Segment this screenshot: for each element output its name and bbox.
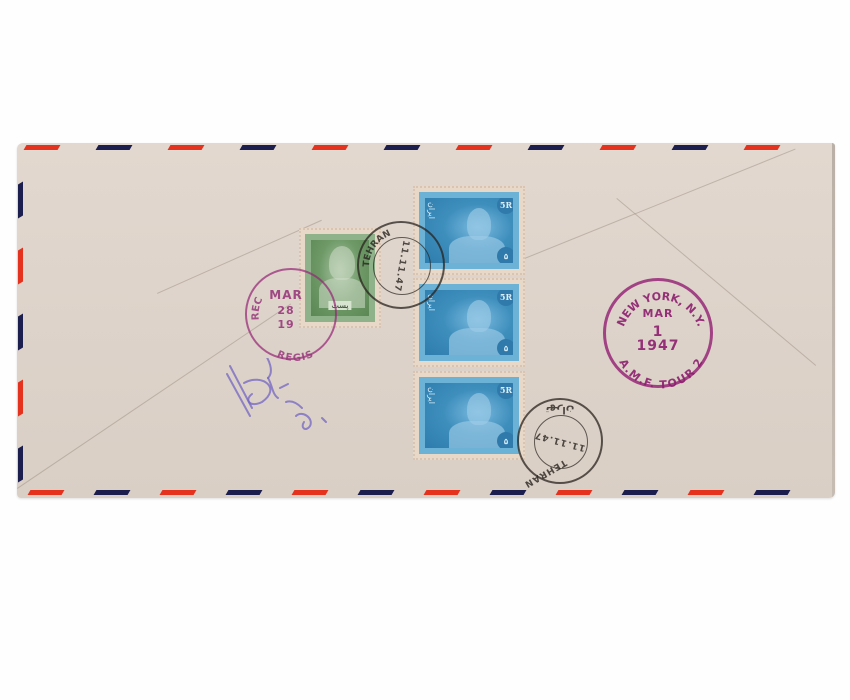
tehran-postmark-bottom: تهران 11.11.47 TEHRAN <box>517 398 603 484</box>
airmail-stripe <box>622 490 659 495</box>
postmark-persian-city: تهران <box>519 404 601 415</box>
airmail-stripe <box>240 145 277 150</box>
airmail-stripe <box>358 490 395 495</box>
registered-postmark: REC REGIS MAR 28 19 <box>245 268 337 360</box>
handwritten-annotation <box>222 358 352 453</box>
stamp-portrait-shoulders <box>449 421 505 451</box>
airmail-stripe <box>312 145 349 150</box>
airmail-stripe <box>96 145 133 150</box>
airmail-stripe <box>18 314 23 351</box>
airmail-stripe <box>556 490 593 495</box>
stamp-portrait-shoulders <box>449 236 505 266</box>
airmail-stripe <box>688 490 725 495</box>
svg-text:TEHRAN: TEHRAN <box>362 229 393 268</box>
stamp-country-label: ایران <box>427 202 436 219</box>
airmail-stripe <box>292 490 329 495</box>
blue-stamp-bottom: 5R ۵ ایران <box>413 371 525 460</box>
flap-fold-line-right <box>517 149 796 262</box>
airmail-stripe <box>94 490 131 495</box>
airmail-stripe <box>168 145 205 150</box>
stamp-portrait-shoulders <box>449 328 505 358</box>
postmark-month: MAR <box>237 288 335 302</box>
stamp-value-badge: 5R <box>497 381 515 399</box>
airmail-stripe <box>226 490 263 495</box>
airmail-stripe <box>424 490 461 495</box>
airmail-stripe <box>600 145 637 150</box>
airmail-stripe <box>18 182 23 219</box>
tehran-postmark-top: TEHRAN 11.11.47 <box>357 221 445 309</box>
svg-text:A.M.F. TOUR 2: A.M.F. TOUR 2 <box>616 357 705 392</box>
postmark-day: 28 <box>237 304 335 317</box>
stamp-value-badge-persian: ۵ <box>497 339 515 357</box>
airmail-stripe <box>490 490 527 495</box>
airmail-stripe <box>528 145 565 150</box>
postmark-year: 1947 <box>606 338 710 354</box>
airmail-stripe <box>18 380 23 417</box>
airmail-stripe <box>28 490 65 495</box>
airmail-stripe <box>18 446 23 483</box>
airmail-stripe <box>754 490 791 495</box>
envelope-back: پست 5R ۵ ایران 5R ۵ ایران 5R ۵ ایران <box>17 143 835 498</box>
airmail-stripe <box>672 145 709 150</box>
airmail-stripe <box>384 145 421 150</box>
handwriting-strokes <box>222 358 352 453</box>
stamp-value-badge: 5R <box>497 196 515 214</box>
airmail-stripe <box>160 490 197 495</box>
stamp-country-label: ایران <box>427 387 436 404</box>
airmail-stripe <box>24 145 61 150</box>
airmail-stripe <box>744 145 781 150</box>
new-york-postmark: NEW YORK, N.Y. A.M.F. TOUR 2 MAR 1 1947 <box>603 278 713 388</box>
postmark-month: MAR <box>606 307 710 320</box>
stamp-value-badge: 5R <box>497 288 515 306</box>
postmark-year: 19 <box>237 318 335 331</box>
stamp-value-badge-persian: ۵ <box>497 432 515 450</box>
airmail-stripe <box>456 145 493 150</box>
stamp-value-badge-persian: ۵ <box>497 247 515 265</box>
airmail-stripe <box>18 248 23 285</box>
